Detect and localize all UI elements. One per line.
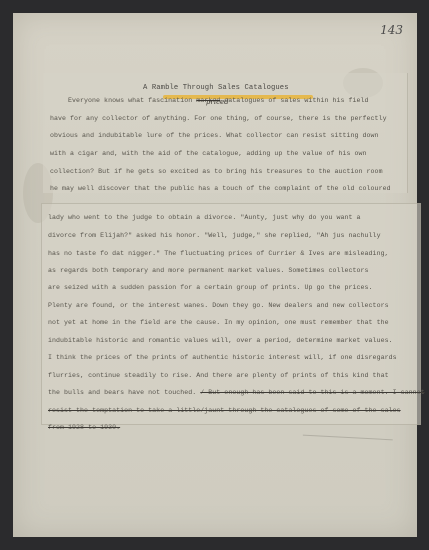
text-line: lady who went to the judge to obtain a d…	[48, 214, 361, 221]
text-line: resist the temptation to take a little/j…	[48, 407, 401, 414]
struck-text: from 1928 to 1930.	[48, 424, 120, 431]
struck-word: marked	[196, 97, 220, 104]
pencil-scrawl	[303, 427, 393, 441]
page-number: 143	[380, 23, 403, 37]
text-line: Everyone knows what fascination marked c…	[68, 97, 369, 104]
text-line: have for any collector of anything. For …	[50, 115, 387, 122]
text-line: the bulls and bears have not touched. / …	[48, 389, 425, 396]
text-line: divorce from Elijah?" asked his honor. "…	[48, 232, 381, 239]
text-line: from 1928 to 1930.	[48, 424, 120, 431]
text-line: with a cigar and, with the aid of the ca…	[50, 150, 367, 157]
text-line: are seized with a sudden passion for a c…	[48, 284, 373, 291]
text-line: collection? But if he gets so excited as…	[50, 168, 383, 175]
document-title: A Ramble Through Sales Catalogues	[143, 84, 289, 92]
text-line: Plenty are found, or the interest wanes.…	[48, 302, 389, 309]
text-line: I think the prices of the prints of auth…	[48, 354, 397, 361]
text-line: he may well discover that the public has…	[50, 185, 391, 192]
text-line: indubitable historic and romantic values…	[48, 337, 393, 344]
text-line: flurries, continue steadily to rise. And…	[48, 372, 389, 379]
text-line: as regards both temporary and more perma…	[48, 267, 369, 274]
text-line: has no taste fo dat nigger." The fluctua…	[48, 250, 389, 257]
struck-text: / But enough has been said to this is a …	[200, 389, 424, 396]
text-line: not yet at home in the field are the cau…	[48, 319, 389, 326]
manuscript-page: 143 A Ramble Through Sales Catalogues pr…	[13, 13, 417, 537]
text-line: obvious and indubitable lure of the pric…	[50, 132, 379, 139]
struck-text: resist the temptation to take a little/j…	[48, 407, 401, 414]
